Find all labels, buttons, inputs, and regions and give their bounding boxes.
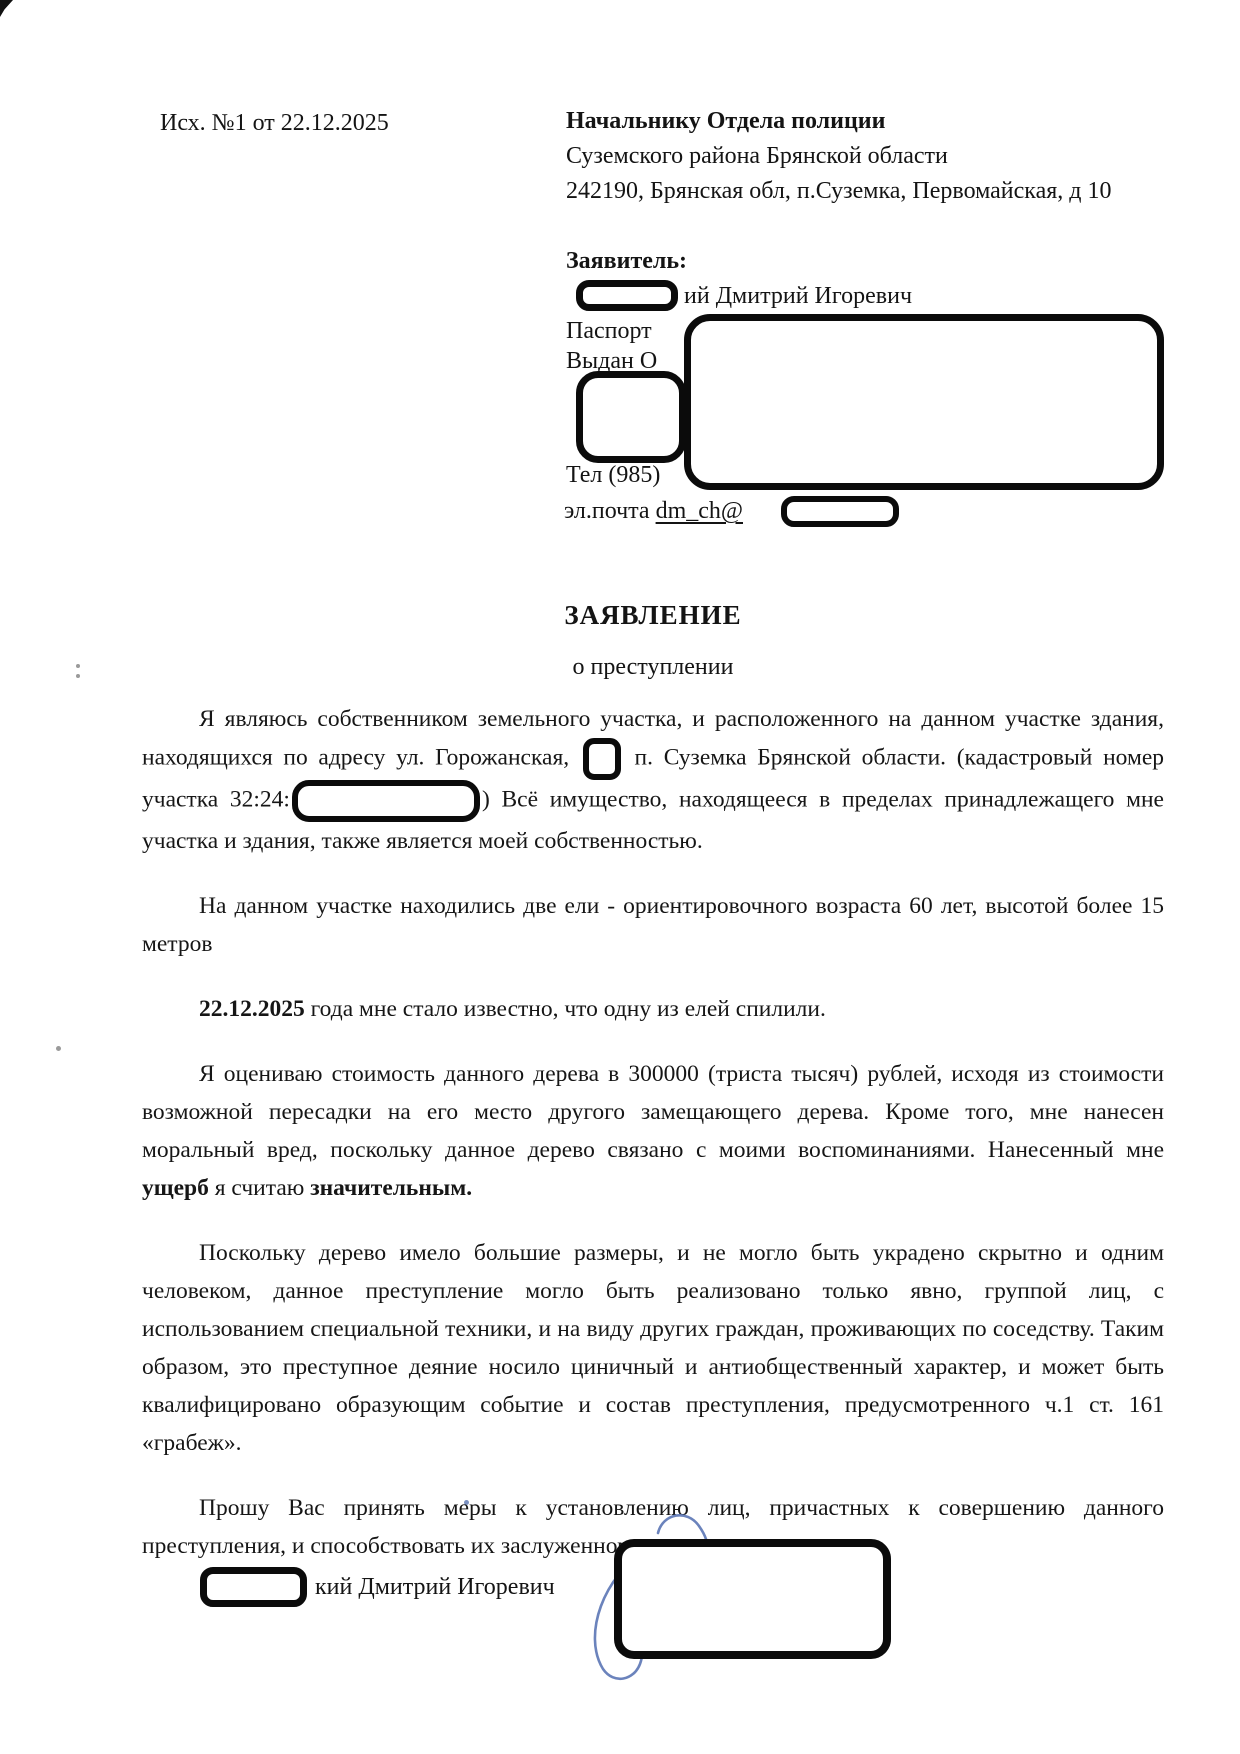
signature-name-fragment: кий Дмитрий Игоревич (315, 1572, 555, 1602)
recipient-line-1: Начальнику Отдела полиции (566, 106, 885, 136)
passport-label: Паспорт (566, 316, 652, 346)
scan-speck (76, 674, 80, 678)
email-line: эл.почта dm_ch@ (564, 496, 743, 526)
redaction-box-signature (614, 1539, 891, 1659)
redaction-box-name (576, 280, 678, 311)
phone-fragment: Тел (985) (566, 460, 660, 490)
redaction-box-signature-name (200, 1567, 307, 1607)
document-subtitle: о преступлении (142, 652, 1164, 682)
text-segment: я считаю (209, 1175, 310, 1201)
body-text: Я являюсь собственником земельного участ… (142, 700, 1164, 1592)
emphasized-text: 22.12.2025 (199, 996, 305, 1022)
email-label: эл.почта (564, 498, 650, 524)
paragraph: На данном участке находились две ели - о… (142, 887, 1164, 963)
scan-corner-artifact (0, 0, 13, 17)
redaction-box-photo (576, 371, 686, 463)
recipient-line-3: 242190, Брянская обл, п.Суземка, Первома… (566, 176, 1111, 206)
redaction-box-passport (684, 314, 1164, 490)
redaction-box-email (781, 496, 899, 527)
text-segment: Поскольку дерево имело большие размеры, … (142, 1240, 1164, 1456)
emphasized-text: значительным. (310, 1175, 472, 1201)
paragraph: Поскольку дерево имело большие размеры, … (142, 1234, 1164, 1462)
text-segment: Я оцениваю стоимость данного дерева в 30… (142, 1061, 1164, 1163)
applicant-label: Заявитель: (566, 246, 687, 276)
paragraph: Я являюсь собственником земельного участ… (142, 700, 1164, 860)
redaction-box-inline (292, 780, 480, 822)
paragraph: 22.12.2025 года мне стало известно, что … (142, 990, 1164, 1028)
text-segment: года мне стало известно, что одну из еле… (305, 996, 826, 1022)
email-fragment: dm_ch@ (656, 498, 743, 524)
emphasized-text: ущерб (142, 1175, 209, 1201)
scan-speck (76, 664, 80, 668)
paragraph: Я оцениваю стоимость данного дерева в 30… (142, 1055, 1164, 1207)
outgoing-ref: Исх. №1 от 22.12.2025 (160, 108, 389, 138)
scan-speck (56, 1046, 61, 1051)
applicant-name-fragment: ий Дмитрий Игоревич (684, 281, 912, 311)
document-title: ЗАЯВЛЕНИЕ (142, 600, 1164, 630)
redaction-box-inline (583, 738, 621, 780)
text-segment: На данном участке находились две ели - о… (142, 893, 1164, 957)
scanned-document-page: Исх. №1 от 22.12.2025 Начальнику Отдела … (0, 0, 1240, 1754)
recipient-line-2: Суземского района Брянской области (566, 141, 948, 171)
